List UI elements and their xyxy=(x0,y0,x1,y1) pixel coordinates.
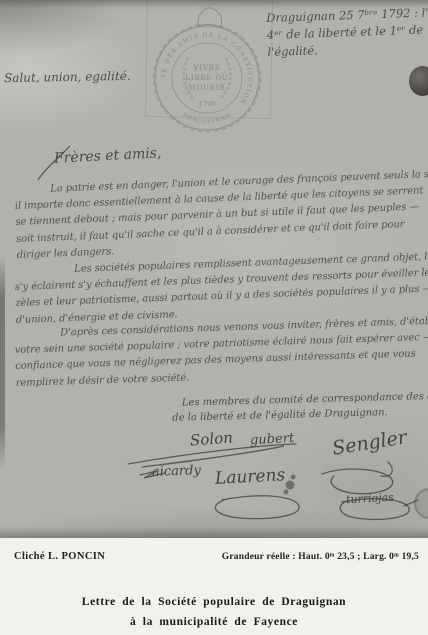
letter-paragraph: La patrie est en danger, l'union et le c… xyxy=(14,166,428,264)
signature-flourishes xyxy=(0,420,428,538)
seal-year: 1790 xyxy=(199,100,216,108)
letter-paragraph: D'après ces considérations nous venons v… xyxy=(14,313,428,392)
seal-bottom-text: DRAGUIGNAN xyxy=(181,112,232,125)
seal-motto-line3: MOURIR xyxy=(189,84,226,92)
seal-motto-line1: VIVRE xyxy=(192,64,220,72)
letter-photograph: SOCIÉTÉ DES AMIS DE LA CONSTITUTION DRAG… xyxy=(0,0,428,538)
caption-title: Lettre de la Société populaire de Dragui… xyxy=(0,592,428,632)
dimensions-note: Grandeur réelle : Haut. 0ᵐ 23,5 ; Larg. … xyxy=(222,552,419,562)
date-heading: Draguignan 25 7ᵇʳᵉ 1792 : l'an — 4ᵉʳ de … xyxy=(266,3,428,61)
society-seal: SOCIÉTÉ DES AMIS DE LA CONSTITUTION DRAG… xyxy=(148,2,266,134)
caption-title-line2: à la municipalité de Fayence xyxy=(0,612,428,632)
caption-title-line1: Lettre de la Société populaire de Dragui… xyxy=(0,592,428,612)
wax-seal xyxy=(409,66,428,96)
seal-motto-line2: LIBRE OU xyxy=(185,74,228,82)
book-page: SOCIÉTÉ DES AMIS DE LA CONSTITUTION DRAG… xyxy=(0,0,428,635)
salutation: Salut, union, egalité. xyxy=(4,69,131,85)
svg-text:DRAGUIGNAN: DRAGUIGNAN xyxy=(181,112,232,125)
photo-credit: Cliché L. PONCIN xyxy=(14,551,105,562)
